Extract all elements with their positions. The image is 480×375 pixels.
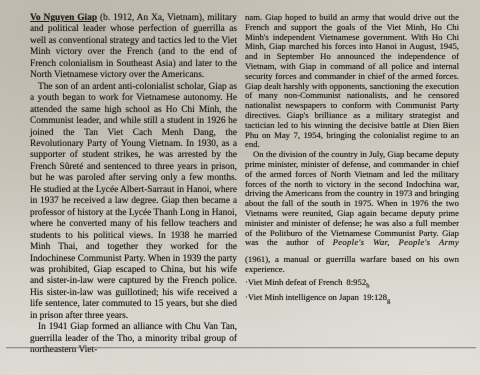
paragraph-early-life: The son of an ardent anti-colonialist sc… — [30, 82, 237, 323]
article-body: Vo Nguyen Giap (b. 1912, An Xa, Vietnam)… — [0, 0, 480, 357]
paragraph-division-text: On the division of the country in July, … — [245, 149, 459, 247]
scanned-page: Vo Nguyen Giap (b. 1912, An Xa, Vietnam)… — [0, 0, 480, 375]
index-entry: ·Viet Minh intelligence on Japan19:128g — [245, 292, 459, 307]
index-entry-ref: 19:128g — [363, 292, 390, 302]
paragraph-division: On the division of the country in July, … — [245, 150, 459, 248]
entry-lead-text: (b. 1912, An Xa, Vietnam), military and … — [30, 13, 237, 80]
paragraph-alliance-left-part: In 1941 Giap formed an alliance with Chu… — [30, 322, 237, 356]
left-column: Vo Nguyen Giap (b. 1912, An Xa, Vietnam)… — [30, 13, 237, 357]
index-entry-text: ·Viet Minh defeat of French — [245, 277, 342, 287]
right-column: nam. Giap hoped to build an army that wo… — [245, 13, 459, 357]
index-references: ·Viet Minh defeat of French8:952h ·Viet … — [245, 277, 459, 307]
entry-lead-paragraph: Vo Nguyen Giap (b. 1912, An Xa, Vietnam)… — [30, 13, 237, 82]
entry-title: Vo Nguyen Giap — [30, 13, 97, 23]
paragraph-publication: (1961), a manual or guerrilla warfare ba… — [245, 255, 459, 275]
index-entry-ref: 8:952h — [346, 277, 369, 287]
page-divider-rule — [6, 347, 476, 348]
index-entry: ·Viet Minh defeat of French8:952h — [245, 277, 459, 292]
index-entry-text: ·Viet Minh intelligence on Japan — [245, 292, 359, 302]
book-title: People's War, People's Army — [333, 237, 459, 247]
paragraph-alliance-continued: nam. Giap hoped to build an army that wo… — [245, 13, 459, 150]
